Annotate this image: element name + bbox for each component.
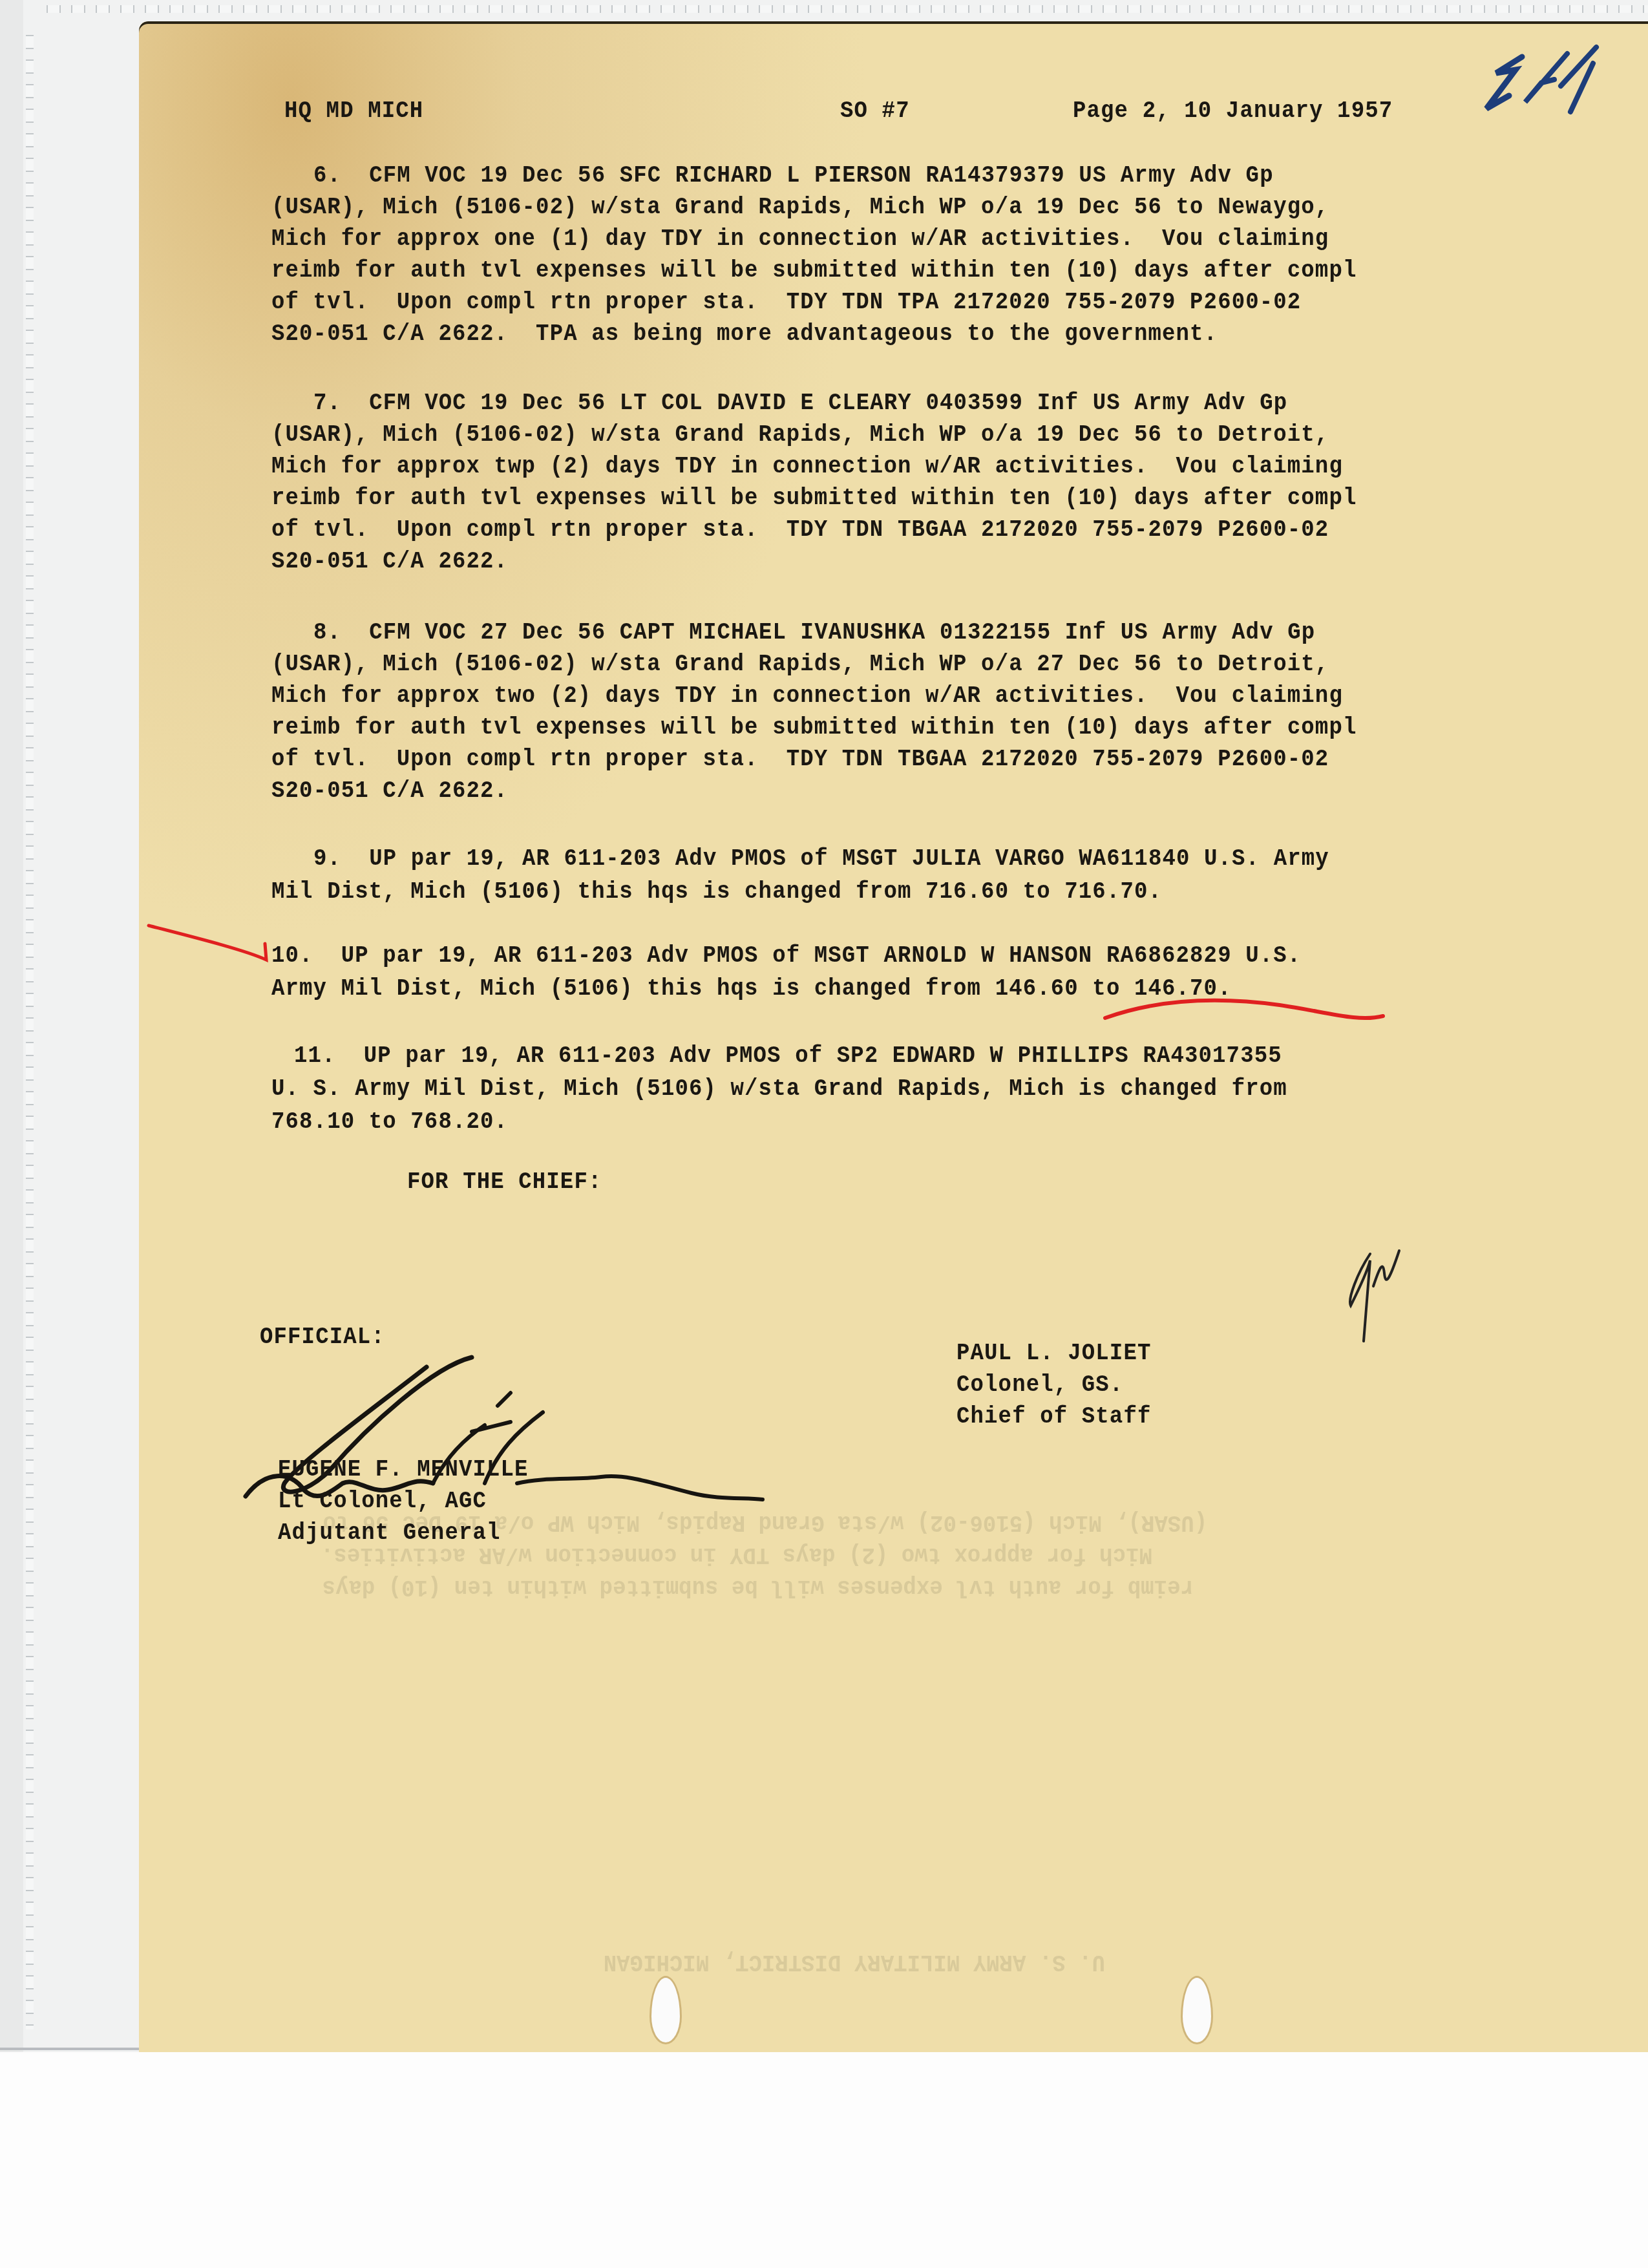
handwritten-initials-icon: [1483, 44, 1600, 122]
para-8-line-5: of tvl. Upon compl rtn proper sta. TDY T…: [271, 744, 1329, 776]
para-7-line-4: reimb for auth tvl expenses will be subm…: [271, 483, 1357, 514]
para-7-line-5: of tvl. Upon compl rtn proper sta. TDY T…: [271, 514, 1329, 546]
for-the-chief: FOR THE CHIEF:: [407, 1167, 602, 1198]
page-date: Page 2, 10 January 1957: [1073, 96, 1393, 127]
chief-title: Chief of Staff: [956, 1401, 1151, 1433]
header-unit: HQ MD MICH: [284, 96, 423, 127]
para-11-line-1: 11. UP par 19, AR 611-203 Adv PMOS of SP…: [294, 1041, 1282, 1072]
adjutant-name: EUGENE F. MENVILLE: [278, 1454, 529, 1486]
chief-name: PAUL L. JOLIET: [956, 1338, 1151, 1370]
para-7-line-1: 7. CFM VOC 19 Dec 56 LT COL DAVID E CLEA…: [313, 388, 1287, 419]
para-8-line-1: 8. CFM VOC 27 Dec 56 CAPT MICHAEL IVANUS…: [313, 617, 1315, 649]
para-6-line-2: (USAR), Mich (5106-02) w/sta Grand Rapid…: [271, 192, 1329, 224]
para-10-line-2: Army Mil Dist, Mich (5106) this hqs is c…: [271, 973, 1232, 1005]
para-9-line-2: Mil Dist, Mich (5106) this hqs is change…: [271, 876, 1162, 908]
official-label: OFFICIAL:: [260, 1322, 385, 1353]
sleeve-edge: [0, 0, 23, 2052]
para-8-line-3: Mich for approx two (2) days TDY in conn…: [271, 681, 1343, 712]
sleeve-perforation-vertical: [26, 26, 34, 2030]
para-11-line-2: U. S. Army Mil Dist, Mich (5106) w/sta G…: [271, 1074, 1287, 1105]
para-7-line-3: Mich for approx twp (2) days TDY in conn…: [271, 451, 1343, 483]
bleed-through-text: reimb for auth tvl expenses will be subm…: [322, 1571, 1194, 1602]
para-6-line-1: 6. CFM VOC 19 Dec 56 SFC RICHARD L PIERS…: [313, 160, 1274, 192]
para-7-line-2: (USAR), Mich (5106-02) w/sta Grand Rapid…: [271, 419, 1329, 451]
bleed-through-text: U. S. ARMY MILITARY DISTRICT, MICHIGAN: [604, 1945, 1105, 1977]
para-9-line-1: 9. UP par 19, AR 611-203 Adv PMOS of MSG…: [313, 843, 1329, 875]
sleeve-perforation-horizontal: [39, 5, 1648, 13]
adjutant-title: Adjutant General: [278, 1518, 501, 1549]
para-8-line-6: S20-051 C/A 2622.: [271, 776, 508, 807]
para-6-line-4: reimb for auth tvl expenses will be subm…: [271, 255, 1357, 287]
para-6-line-5: of tvl. Upon compl rtn proper sta. TDY T…: [271, 287, 1301, 319]
para-11-line-3: 768.10 to 768.20.: [271, 1107, 508, 1138]
adjutant-rank: Lt Colonel, AGC: [278, 1486, 487, 1518]
para-10-line-1: 10. UP par 19, AR 611-203 Adv PMOS of MS…: [271, 940, 1301, 972]
para-7-line-6: S20-051 C/A 2622.: [271, 546, 508, 578]
para-6-line-6: S20-051 C/A 2622. TPA as being more adva…: [271, 319, 1218, 350]
para-6-line-3: Mich for approx one (1) day TDY in conne…: [271, 224, 1329, 255]
para-8-line-4: reimb for auth tvl expenses will be subm…: [271, 712, 1357, 744]
chief-rank: Colonel, GS.: [956, 1370, 1123, 1401]
para-8-line-2: (USAR), Mich (5106-02) w/sta Grand Rapid…: [271, 649, 1329, 681]
order-number: SO #7: [840, 96, 910, 127]
